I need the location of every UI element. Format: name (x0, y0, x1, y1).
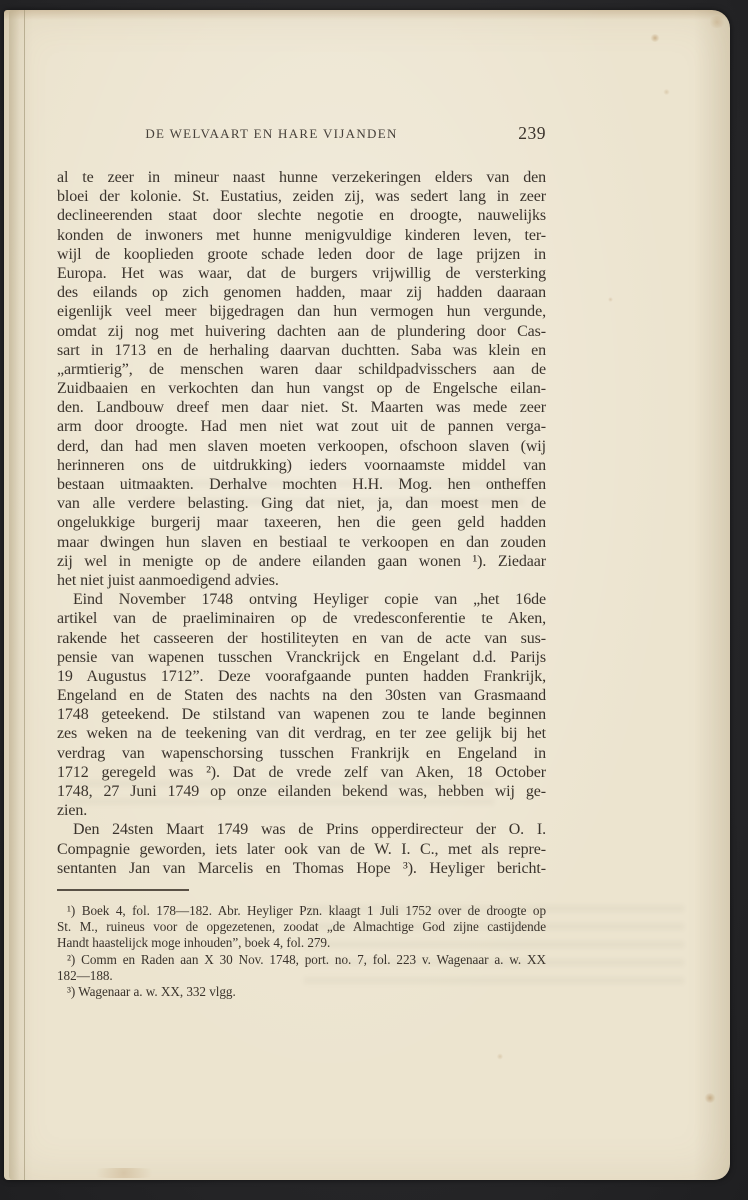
text-line: arm door droogte. Had men niet wat zout … (57, 417, 546, 436)
foxing-stain (650, 34, 660, 42)
text-line: Engeland en de Staten des nachts na den … (57, 686, 546, 705)
text-line: omdat zij nog met huivering dachten aan … (57, 322, 546, 341)
text-line: Den 24sten Maart 1749 was de Prins opper… (57, 820, 546, 839)
text-line: sentanten Jan van Marcelis en Thomas Hop… (57, 859, 546, 878)
text-line: Eind November 1748 ontving Heyliger copi… (57, 590, 546, 609)
text-line: des eilands op zich genomen hadden, maar… (57, 283, 546, 302)
text-line: St. M., ruineus voor de opgezetenen, zoo… (57, 919, 546, 935)
running-header-title: DE WELVAART EN HARE VIJANDEN (57, 126, 486, 142)
page-body-text: al te zeer in mineur naast hunne verzeke… (57, 168, 546, 878)
text-line: 1748, 27 Juni 1749 op onze eilanden beke… (57, 782, 546, 801)
foxing-stain (663, 89, 670, 95)
text-line: van alle verdere belasting. Ging dat nie… (57, 494, 546, 513)
text-line: ³) Wagenaar a. w. XX, 332 vlgg. (57, 984, 546, 1000)
text-line: al te zeer in mineur naast hunne verzeke… (57, 168, 546, 187)
text-line: 19 Augustus 1712”. Deze voorafgaande pun… (57, 667, 546, 686)
text-line: konden de inwoners met hunne menigvuldig… (57, 226, 546, 245)
text-line: verdrag van wapenschorsing tusschen Fran… (57, 744, 546, 763)
text-line: maar dwingen hun slaven en bestiaal te v… (57, 533, 546, 552)
text-line: ²) Comm en Raden aan X 30 Nov. 1748, por… (57, 952, 546, 968)
text-line: wijl de kooplieden groote schade leden d… (57, 245, 546, 264)
text-line: sart in 1713 en de herhaling daarvan duc… (57, 341, 546, 360)
text-line: derd, dan had men slaven moeten verkoope… (57, 437, 546, 456)
text-line: Europa. Het was waar, dat de burgers vri… (57, 264, 546, 283)
text-line: Compagnie geworden, iets later ook van d… (57, 840, 546, 859)
foxing-stain (708, 16, 726, 28)
running-header: DE WELVAART EN HARE VIJANDEN 239 (57, 126, 546, 148)
text-line: declineerenden staat door slechte negoti… (57, 206, 546, 225)
page-edge-crease (9, 10, 25, 1180)
text-line: 1748 geteekend. De stilstand van wapenen… (57, 705, 546, 724)
text-line: den. Landbouw dreef men daar niet. St. M… (57, 398, 546, 417)
text-line: zij wel in menigte op de andere eilanden… (57, 552, 546, 571)
text-line: Zuidbaaien en verkochten dan hun vangst … (57, 379, 546, 398)
text-line: ¹) Boek 4, fol. 178—182. Abr. Heyliger P… (57, 903, 546, 919)
foxing-stain (608, 297, 613, 302)
text-line: eigenlijk veel meer bijgedragen dan hun … (57, 302, 546, 321)
text-line: „armtierig”, de menschen waren daar schi… (57, 360, 546, 379)
text-line: Handt haastelijck moge inhouden”, boek 4… (57, 935, 546, 951)
foxing-stain (497, 1053, 503, 1060)
text-line: bloei der kolonie. St. Eustatius, zeiden… (57, 187, 546, 206)
text-line: pensie van wapenen tusschen Vranckrijck … (57, 648, 546, 667)
text-line: artikel van de praeliminairen op de vred… (57, 609, 546, 628)
footnotes: ¹) Boek 4, fol. 178—182. Abr. Heyliger P… (57, 903, 546, 1000)
text-line: rakende het casseeren der hostiliteyten … (57, 629, 546, 648)
text-line: herinneren ons de uitdrukking) ieders vo… (57, 456, 546, 475)
footnote-separator (57, 889, 189, 891)
book-page: DE WELVAART EN HARE VIJANDEN 239 al te z… (4, 10, 730, 1180)
text-line: ongelukkige burgerij maar taxeeren, hen … (57, 513, 546, 532)
text-line: 1712 geregeld was ²). Dat de vrede zelf … (57, 763, 546, 782)
text-line: bestaan uitmaakten. Derhalve mochten H.H… (57, 475, 546, 494)
text-line: 182—188. (57, 968, 546, 984)
text-line: zes weken na de teekening van dit verdra… (57, 724, 546, 743)
page-number: 239 (518, 123, 546, 144)
text-line: het niet juist aanmoedigend advies. (57, 571, 546, 590)
foxing-stain (704, 1093, 716, 1103)
text-line: zien. (57, 801, 546, 820)
foxing-stain (84, 1168, 164, 1178)
scan-backdrop: { "colors": { "backdrop": "#29292b", "pa… (0, 0, 748, 1200)
